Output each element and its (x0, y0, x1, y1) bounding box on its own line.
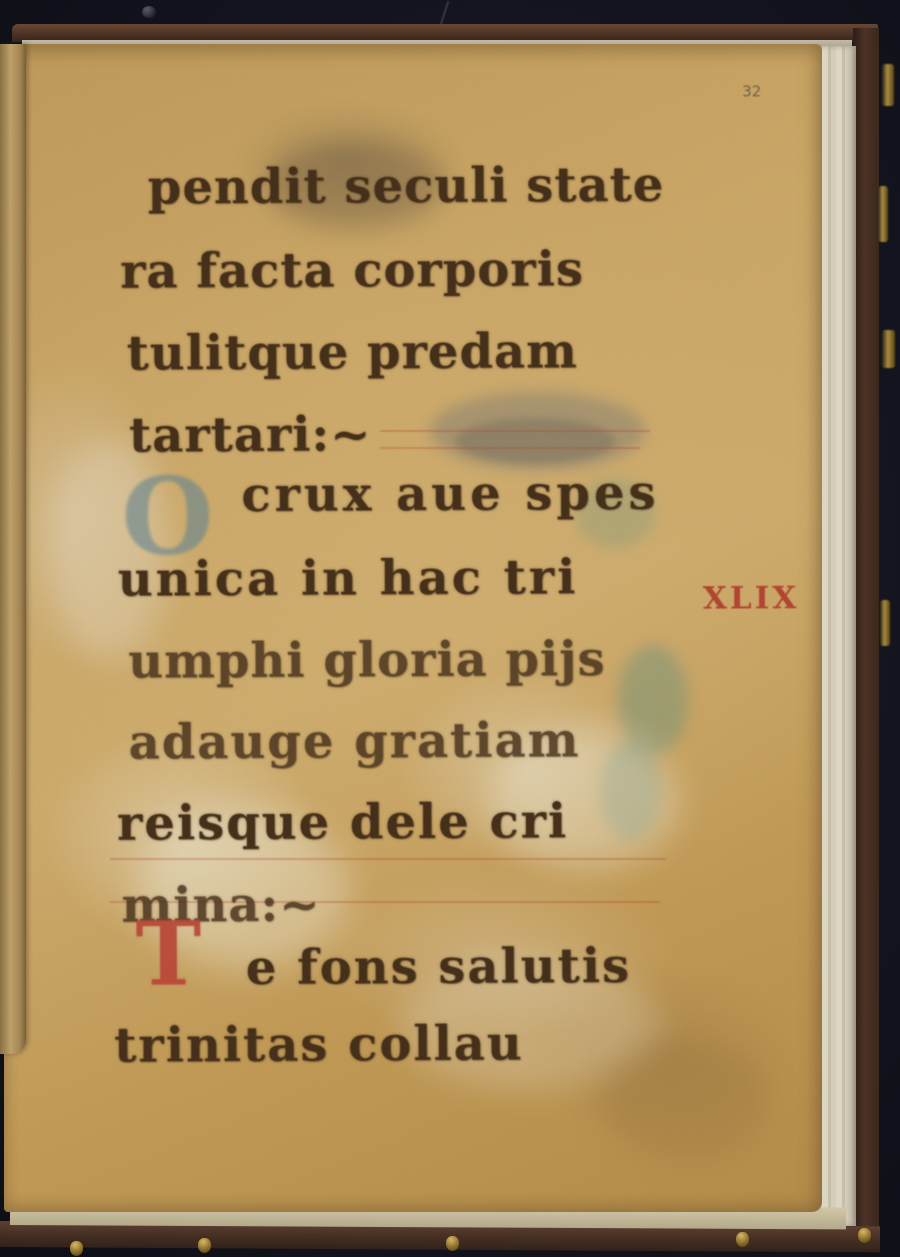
bottom-boss (198, 1238, 211, 1253)
bottom-boss (70, 1241, 83, 1256)
clasp-glint (880, 600, 890, 646)
bottom-boss (736, 1232, 749, 1247)
bottom-boss (858, 1228, 871, 1243)
clasp-glint (878, 186, 888, 242)
clasp-glint (882, 330, 895, 368)
clasp-glint (882, 64, 894, 106)
parchment-grain-texture (4, 44, 822, 1212)
bottom-boss (446, 1236, 459, 1251)
